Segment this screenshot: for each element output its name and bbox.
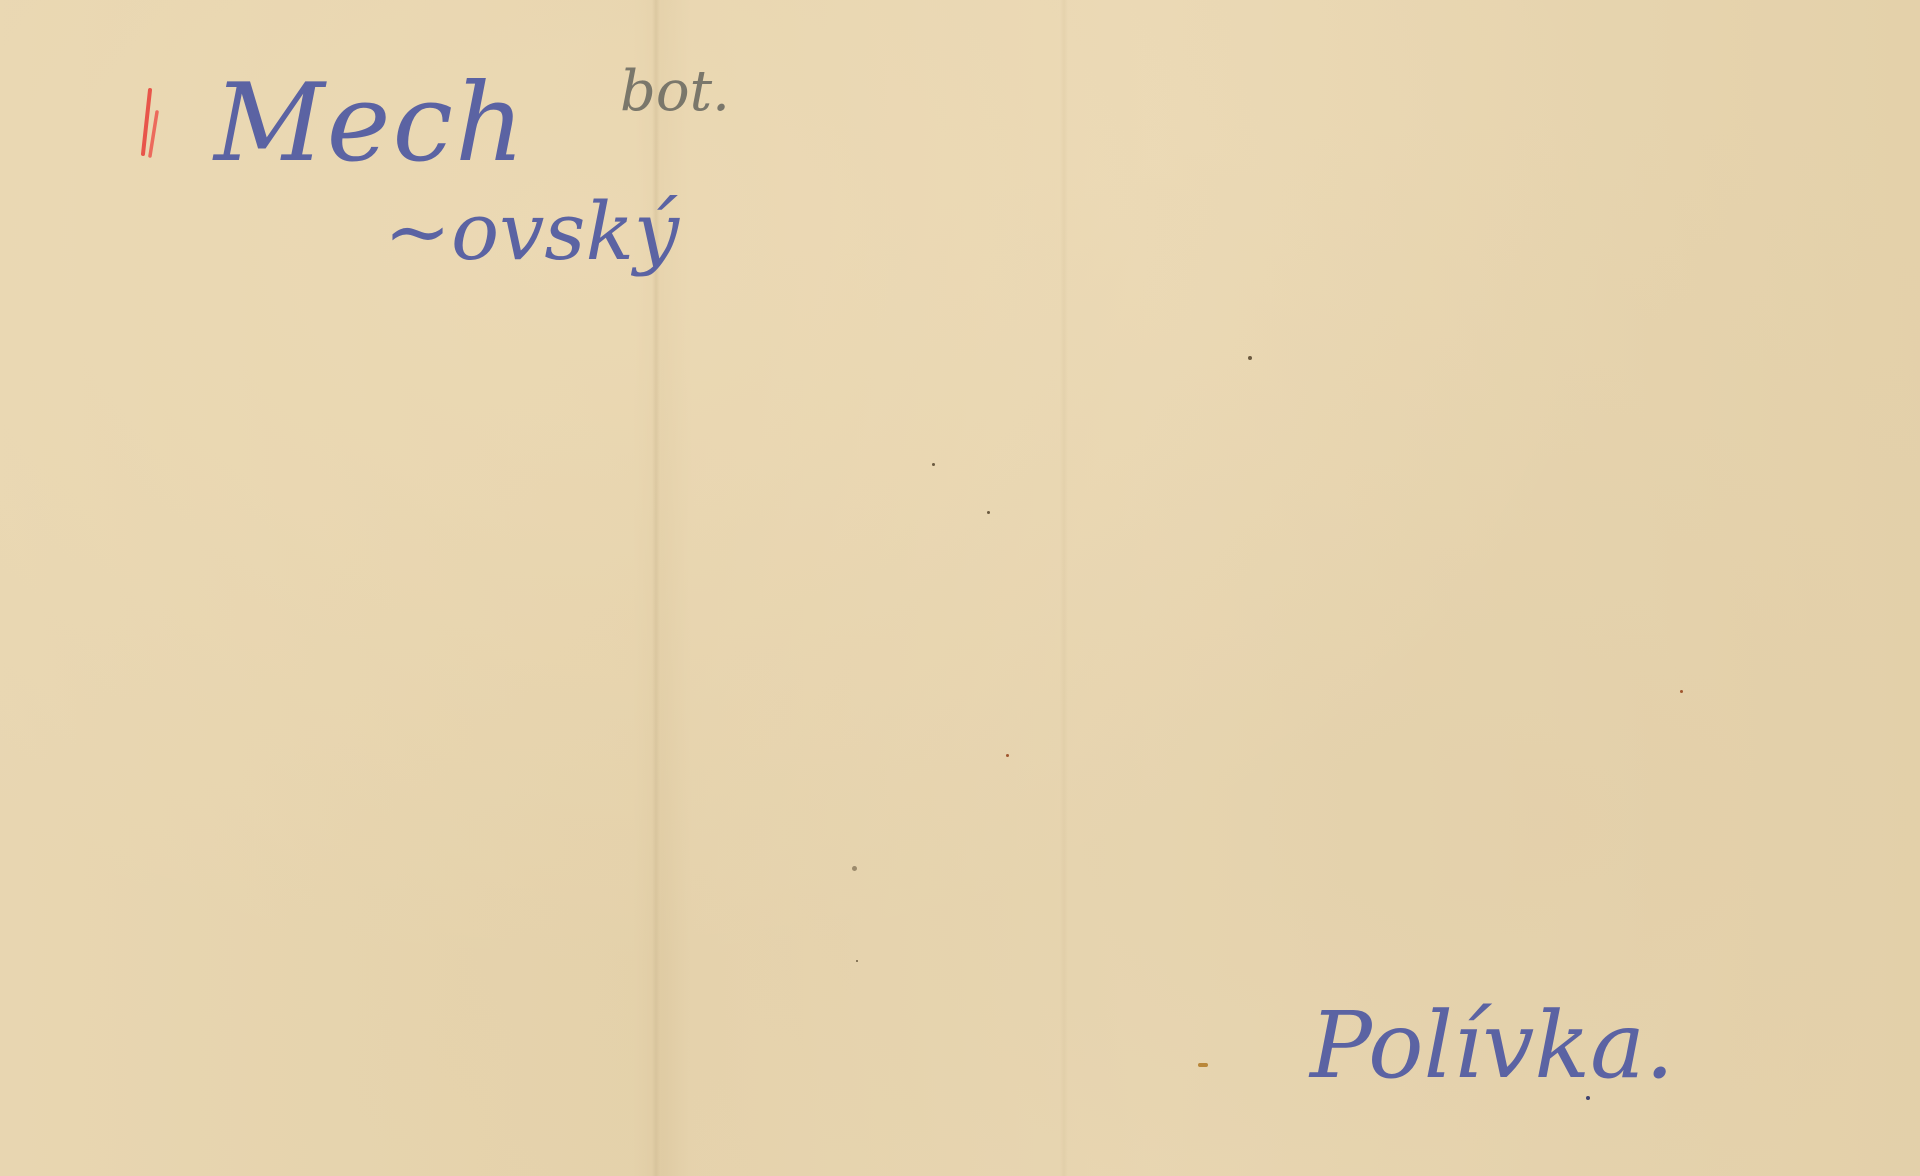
paper-speck — [856, 960, 858, 962]
paper-fold-line-faint — [1060, 0, 1068, 1176]
paper-speck — [1006, 754, 1009, 757]
paper-speck — [1680, 690, 1683, 693]
paper-speck — [987, 511, 990, 514]
red-pencil-mark — [140, 86, 162, 158]
headword: Mech — [214, 70, 527, 178]
ink-dash-mark — [1198, 1063, 1208, 1067]
paper-card: Mech bot. ~ovský Polívka. — [0, 0, 1920, 1176]
annotation-bot: bot. — [620, 64, 730, 120]
paper-speck — [1248, 356, 1252, 360]
paper-fold-line — [652, 0, 660, 1176]
signature: Polívka. — [1310, 1000, 1674, 1092]
derivative-form: ~ovský — [384, 192, 679, 272]
signature-period — [1586, 1096, 1590, 1100]
paper-speck — [852, 866, 857, 871]
paper-speck — [932, 463, 935, 466]
